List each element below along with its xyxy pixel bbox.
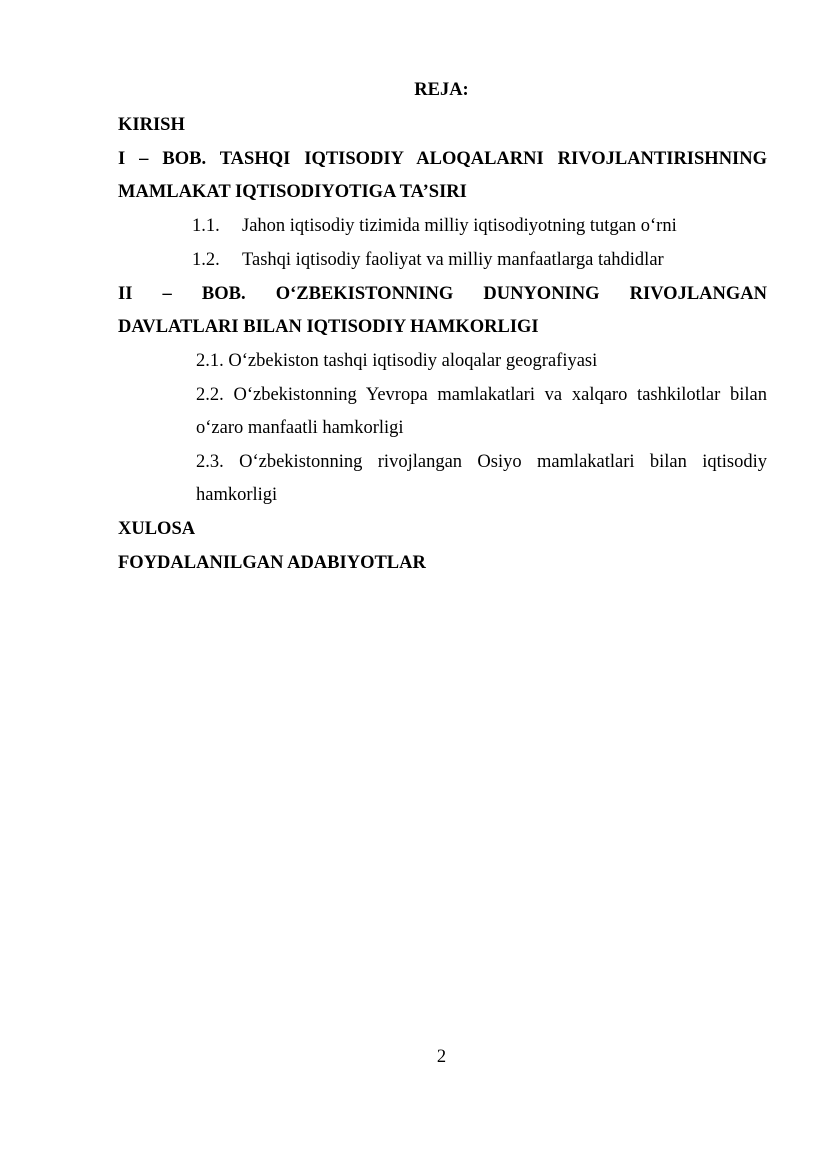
toc-references: FOYDALANILGAN ADABIYOTLAR — [118, 552, 767, 574]
section-number: 1.1. — [192, 215, 242, 237]
page-title: REJA: — [0, 79, 826, 101]
section-title: Tashqi iqtisodiy faoliyat va milliy manf… — [242, 250, 664, 270]
toc-section-2-1: 2.1. O‘zbekiston tashqi iqtisodiy aloqal… — [196, 350, 767, 372]
toc-section-1-1: 1.1.Jahon iqtisodiy tizimida milliy iqti… — [192, 215, 677, 237]
page-number: 2 — [0, 1046, 826, 1068]
toc-chapter-2-line-2: DAVLATLARI BILAN IQTISODIY HAMKORLIGI — [118, 316, 767, 338]
toc-section-2-2-line-2: o‘zaro manfaatli hamkorligi — [196, 417, 767, 439]
toc-chapter-1-line-1: I – BOB. TASHQI IQTISODIY ALOQALARNI RIV… — [118, 148, 767, 170]
section-number: 1.2. — [192, 249, 242, 271]
toc-section-2-2-line-1: 2.2. O‘zbekistonning Yevropa mamlakatlar… — [196, 384, 767, 406]
toc-section-2-3-line-2: hamkorligi — [196, 484, 767, 506]
toc-section-2-3-line-1: 2.3. O‘zbekistonning rivojlangan Osiyo m… — [196, 451, 767, 473]
toc-section-1-2: 1.2.Tashqi iqtisodiy faoliyat va milliy … — [192, 249, 664, 271]
toc-introduction: KIRISH — [118, 114, 767, 136]
toc-conclusion: XULOSA — [118, 518, 767, 540]
toc-chapter-2-line-1: II – BOB. O‘ZBEKISTONNING DUNYONING RIVO… — [118, 283, 767, 305]
toc-chapter-1-line-2: MAMLAKAT IQTISODIYOTIGA TA’SIRI — [118, 181, 767, 203]
section-title: Jahon iqtisodiy tizimida milliy iqtisodi… — [242, 216, 677, 236]
